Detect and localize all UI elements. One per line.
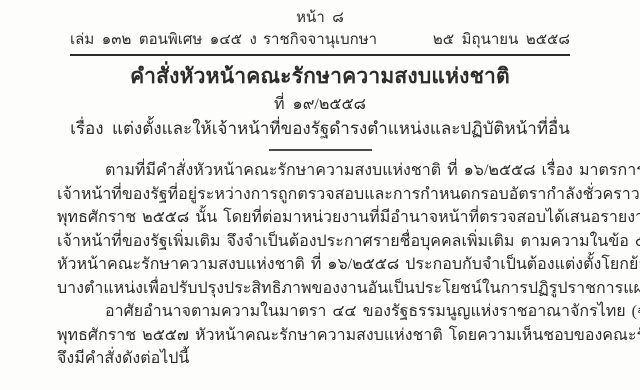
header-meta-row: เล่ม ๑๓๒ ตอนพิเศษ ๑๔๕ ง ราชกิจจานุเบกษา … — [70, 31, 570, 56]
order-subject: เรื่อง แต่งตั้งและให้เจ้าหน้าที่ของรัฐดำ… — [0, 118, 640, 139]
body-line: ตามที่มีคำสั่งหัวหน้าคณะรักษาความสงบแห่ง… — [57, 159, 584, 183]
body-line: เจ้าหน้าที่ของรัฐเพิ่มเติม จึงจำเป็นต้อง… — [57, 230, 584, 254]
page-number: หน้า ๘ — [0, 0, 640, 28]
body-line: อาศัยอำนาจตามความในมาตรา ๔๔ ของรัฐธรรมนู… — [57, 300, 584, 324]
body-line: บางตำแหน่งเพื่อปรับปรุงประสิทธิภาพของงาน… — [57, 277, 584, 301]
volume-issue-label: เล่ม ๑๓๒ ตอนพิเศษ ๑๔๕ ง — [70, 31, 263, 49]
gazette-name: ราชกิจจานุเบกษา — [263, 31, 377, 49]
issue-date: ๒๕ มิถุนายน ๒๕๕๘ — [377, 31, 570, 49]
body-line: จึงมีคำสั่งดังต่อไปนี้ — [57, 347, 584, 371]
order-number: ที่ ๑๙/๒๕๕๘ — [0, 95, 640, 114]
section-divider — [269, 149, 372, 151]
document-title-block: คำสั่งหัวหน้าคณะรักษาความสงบแห่งชาติ ที่… — [0, 63, 640, 151]
order-title: คำสั่งหัวหน้าคณะรักษาความสงบแห่งชาติ — [0, 63, 640, 90]
body-line: หัวหน้าคณะรักษาความสงบแห่งชาติ ที่ ๑๖/๒๕… — [57, 253, 584, 277]
body-line: พุทธศักราช ๒๕๕๗ หัวหน้าคณะรักษาความสงบแห… — [57, 324, 584, 348]
document-body: ตามที่มีคำสั่งหัวหน้าคณะรักษาความสงบแห่ง… — [57, 159, 584, 371]
body-line: พุทธศักราช ๒๕๕๘ นั้น โดยที่ต่อมาหน่วยงาน… — [57, 206, 584, 230]
body-line: เจ้าหน้าที่ของรัฐที่อยู่ระหว่างการถูกตรว… — [57, 183, 584, 207]
gazette-scanned-page: หน้า ๘ เล่ม ๑๓๒ ตอนพิเศษ ๑๔๕ ง ราชกิจจาน… — [0, 0, 640, 390]
